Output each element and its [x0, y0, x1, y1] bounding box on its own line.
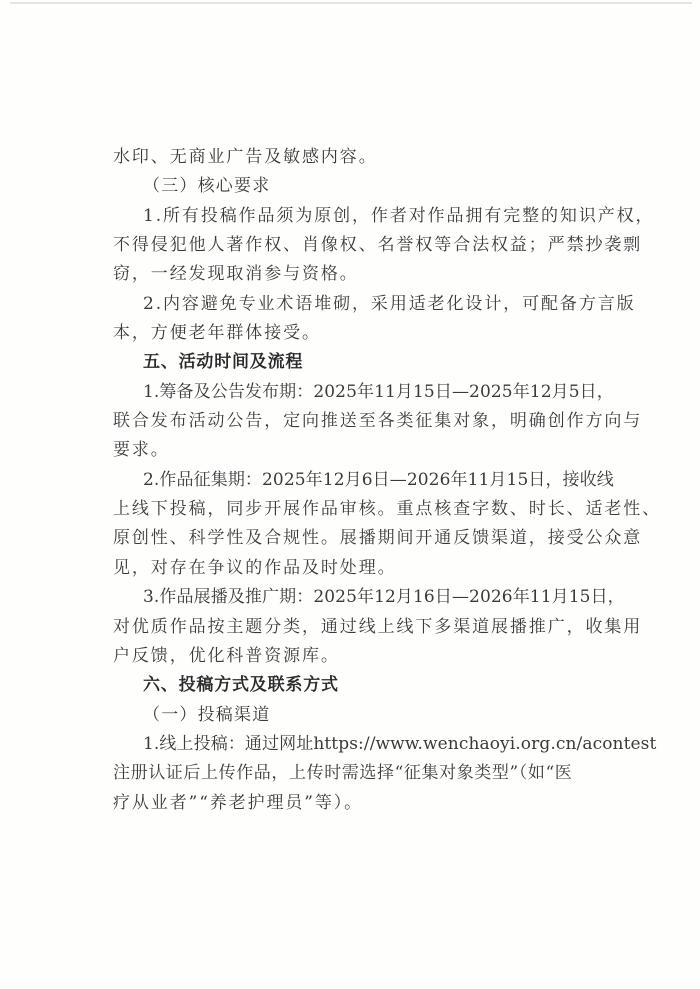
section-heading-schedule: 五、活动时间及流程	[113, 348, 599, 377]
text-line: 2.内容避免专业术语堆砌，采用适老化设计，可配备方言版	[113, 290, 599, 319]
subheading-submission-channels: （一）投稿渠道	[113, 701, 599, 730]
text-line: 水印、无商业广告及敏感内容。	[113, 143, 599, 172]
text-line: 窃，一经发现取消参与资格。	[113, 260, 599, 289]
text-line: 联合发布活动公告，定向推送至各类征集对象，明确创作方向与	[113, 407, 599, 436]
text-line: 要求。	[113, 436, 599, 465]
page-top-edge	[10, 2, 692, 4]
document-body: 水印、无商业广告及敏感内容。 （三）核心要求 1.所有投稿作品须为原创，作者对作…	[113, 143, 599, 818]
text-line: 疗从业者”“养老护理员”等）。	[113, 789, 599, 818]
subheading-core-requirements: （三）核心要求	[113, 172, 599, 201]
text-line: 对优质作品按主题分类，通过线上线下多渠道展播推广，收集用	[113, 613, 599, 642]
text-line: 1.所有投稿作品须为原创，作者对作品拥有完整的知识产权，	[113, 202, 599, 231]
text-line: 1.筹备及公告发布期：2025年11月15日—2025年12月5日，	[113, 378, 599, 407]
text-line: 2.作品征集期：2025年12月6日—2026年11月15日，接收线	[113, 466, 599, 495]
text-line: 本，方便老年群体接受。	[113, 319, 599, 348]
text-line: 注册认证后上传作品，上传时需选择“征集对象类型”（如“医	[113, 759, 599, 788]
section-heading-submission: 六、投稿方式及联系方式	[113, 671, 599, 700]
text-line: 不得侵犯他人著作权、肖像权、名誉权等合法权益；严禁抄袭剽	[113, 231, 599, 260]
text-line: 原创性、科学性及合规性。展播期间开通反馈渠道，接受公众意	[113, 524, 599, 553]
document-page: 水印、无商业广告及敏感内容。 （三）核心要求 1.所有投稿作品须为原创，作者对作…	[0, 0, 700, 989]
text-line-submission-url: 1.线上投稿：通过网址https://www.wenchaoyi.org.cn/…	[113, 730, 599, 759]
text-line: 3.作品展播及推广期：2025年12月16日—2026年11月15日，	[113, 583, 599, 612]
text-line: 户反馈，优化科普资源库。	[113, 642, 599, 671]
text-line: 见，对存在争议的作品及时处理。	[113, 554, 599, 583]
text-line: 上线下投稿，同步开展作品审核。重点核查字数、时长、适老性、	[113, 495, 599, 524]
